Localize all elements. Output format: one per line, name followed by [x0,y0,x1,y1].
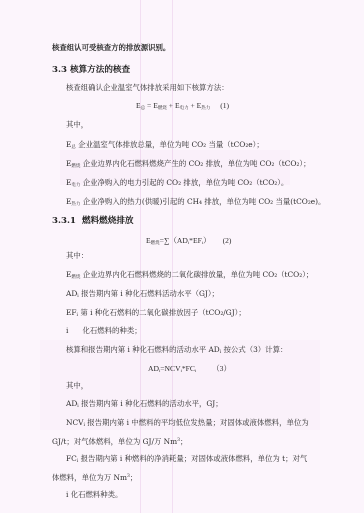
where-label: 其中， [66,120,88,130]
section-title: 核算方法的核查 [70,65,130,75]
formula-label: （3） [212,364,231,373]
definition-line: E燃烧 企业边界内化石燃料燃烧的二氧化碳排放量，单位为吨 CO₂（tCO₂）； [66,270,313,283]
definition-line: E电力 企业净购入的电力引起的 CO₂ 排放，单位为吨 CO₂（tCO₂）。 [66,178,288,191]
definition-line-continued: 体燃料，单位为万 Nm3； [52,472,137,483]
definition-line: EFi 第 i 种化石燃料的二氧化碳排放因子（tCO₂/GJ）； [66,308,246,321]
formula-3: ADi=NCVi*FCi （3） [148,364,231,376]
section-heading-3-3-1: 3.3.1 燃料燃烧排放 [52,216,134,226]
definition-line: ADi 报告期内第 i 种化石燃料的活动水平，GJ； [66,399,223,412]
formula-label: (1) [220,101,229,110]
definition-line: E热力 企业净购入的热力(供暖)引起的 CH₄ 排放，单位为吨 CO₂ 当量(t… [66,197,325,210]
section-intro: 核查组确认企业温室气体排放采用如下核算方法： [66,83,229,93]
formula-label: (2) [223,236,232,245]
definition-line: NCVi 报告期内第 i 中燃料的平均低位发热量；对固体或液体燃料，单位为 [66,418,309,431]
definition-line: ADi 报告期内第 i 种化石燃料活动水平（GJ）； [66,289,219,302]
section-number: 3.3 [52,65,67,75]
formula-1: E总 = E燃烧 + E电力 + E热力 (1) [136,101,229,113]
definition-line: i 化石燃料种类。 [66,490,122,500]
section-title: 燃料燃烧排放 [82,216,134,226]
definition-line: E总 企业温室气体排放总量，单位为吨 CO₂ 当量（tCO₂e）； [66,140,264,153]
ad-calc-intro: 核算和报告期内第 i 种化石燃料的活动水平 ADi 按公式（3）计算： [66,345,287,358]
where-label: 其中， [66,381,88,391]
intro-line: 核查组认可受核查方的排放源识别。 [52,43,170,53]
document-page: 核查组认可受核查方的排放源识别。 3.3 核算方法的核查 核查组确认企业温室气体… [0,0,364,513]
definition-line: FCi 报告期内第 i 种燃料的净消耗量；对固体或液体燃料，单位为 t；对气 [66,454,307,467]
definition-line: E燃烧 企业边界内化石燃料燃烧产生的 CO₂ 排放，单位为吨 CO₂（tCO₂）… [66,159,310,172]
section-heading-3-3: 3.3 核算方法的核查 [52,65,130,75]
definition-line: i 化石燃料的种类； [66,326,142,336]
section-number: 3.3.1 [52,216,76,226]
definition-line-continued: GJ/t；对气体燃料，单位为 GJ/万 Nm3； [52,436,187,447]
formula-2: E燃烧=∑（ADi*EFi） (2) [146,236,231,248]
where-label: 其中： [66,251,88,261]
